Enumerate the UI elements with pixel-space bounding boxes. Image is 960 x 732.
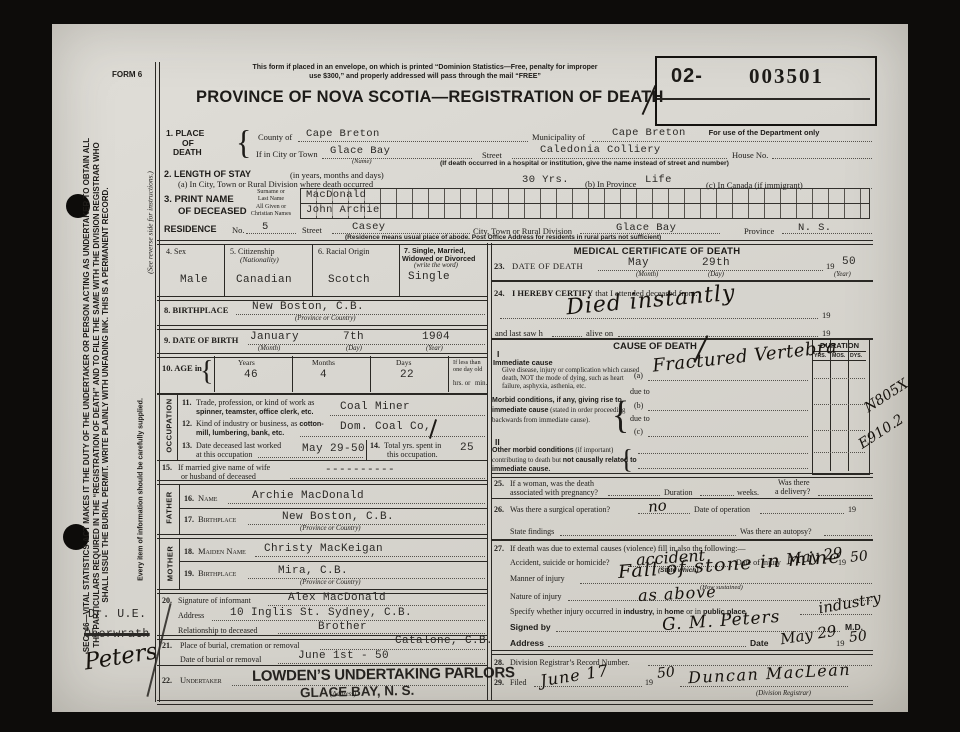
pregnancy-duration-label: Duration [664, 488, 692, 497]
place-label-2: OF [182, 138, 194, 148]
residence-street-value: Casey [352, 221, 386, 233]
external-intro: If death was due to external causes (vio… [510, 544, 745, 553]
item-22-num: 22. [162, 676, 172, 685]
surname-grid [300, 188, 870, 204]
dod-month-value: May [628, 257, 649, 269]
birthplace-label: 8. BIRTHPLACE [164, 305, 228, 315]
item-12-label-b: cotton- [299, 419, 323, 428]
duration-dys-label: DYS. [850, 353, 862, 359]
pregnancy-q2: associated with pregnancy? [510, 488, 598, 497]
trade-value: Coal Miner [340, 401, 410, 413]
age-less-label: If less than one day old [453, 359, 487, 373]
dod-19: 19 [826, 261, 835, 271]
surname-value: MacDonald [306, 189, 366, 201]
filed-label: Filed [510, 678, 526, 687]
section-rule [492, 650, 873, 655]
given-label: All Given or Christian Names [242, 204, 300, 217]
father-name-value: Archie MacDonald [252, 490, 364, 502]
racial-origin-value: Scotch [328, 274, 370, 286]
cause-due1-label: due to [630, 387, 650, 396]
leader [322, 157, 472, 159]
leader [648, 409, 808, 411]
undertaker-stamp-line2: GLACE BAY, N. S. [300, 683, 415, 700]
leader [648, 435, 808, 437]
serial-prefix: 02- [671, 65, 703, 88]
medical-header: MEDICAL CERTIFICATE OF DEATH [507, 246, 807, 257]
last-worked-value: May 29-50 [302, 443, 365, 455]
filed-year-handwriting: 50 [656, 664, 675, 682]
leader [638, 467, 808, 469]
serial-number: 003501 [749, 64, 824, 89]
leader [228, 502, 485, 504]
brace: { [612, 392, 629, 438]
pregnancy-delivery1: Was there [778, 478, 810, 487]
undertaker-label: Undertaker [180, 675, 222, 685]
leader [814, 403, 865, 405]
leader [236, 313, 485, 315]
mother-birthplace-sub: (Province or Country) [300, 579, 361, 586]
item-13-label2: at this occupation [196, 450, 252, 459]
leader [814, 377, 865, 379]
section-rule [492, 280, 873, 282]
father-name-label: Name [198, 493, 217, 503]
dob-day-value: 7th [343, 331, 364, 343]
section-rule [157, 534, 487, 539]
leader [560, 534, 736, 536]
leader [278, 662, 485, 664]
cell-rule [179, 484, 180, 534]
division-registrar-sub: (Division Registrar) [756, 690, 811, 697]
surname-label-2: Last Name [258, 196, 284, 202]
doctor-struck-name: Oberwrath [84, 628, 150, 641]
leader [618, 335, 818, 337]
leader [818, 494, 872, 496]
serial-box: 02- 003501 [655, 56, 877, 126]
occupation-side-label: OCCUPATION [165, 386, 174, 466]
birthplace-value: New Boston, C.B. [252, 301, 364, 313]
margin-reverse-note: (See reverse side for instructions.) [146, 108, 155, 338]
city-town-value: Glace Bay [616, 222, 676, 234]
town-sub-label: (Name) [352, 158, 372, 165]
print-name-title2: OF DECEASED [178, 206, 247, 217]
item-13-label: Date deceased last worked [196, 441, 281, 450]
leader [824, 534, 872, 536]
leader [548, 645, 746, 647]
operation-date-label: Date of operation [694, 505, 750, 514]
burial-date-value: June 1st - 50 [298, 650, 389, 662]
leader [772, 157, 872, 159]
doctor-typed-name: Dr. U.E. [88, 608, 146, 621]
municipality-value: Cape Breton [612, 127, 686, 139]
leader [248, 523, 485, 525]
leader [814, 429, 865, 431]
nature-label: Nature of injury [510, 592, 562, 601]
operation-answer-handwriting: no [647, 496, 667, 516]
citizenship-sub-label: (Nationality) [240, 255, 279, 264]
place-of-death-label: 1. PLACE OF DEATH [166, 129, 204, 158]
cell-rule [312, 245, 313, 296]
residence-street-label: Street [302, 225, 322, 235]
residence-no-value: 5 [262, 221, 269, 233]
father-side-label: FATHER [165, 481, 174, 535]
town-label: If in City or Town [256, 149, 318, 159]
leader [300, 435, 485, 437]
stay-b-value: Life [645, 174, 672, 186]
burial-place-label: Place of burial, cremation or removal [180, 641, 300, 650]
informant-addr-value: 10 Inglis St. Sydney, C.B. [230, 607, 412, 619]
racial-origin-label: 6. Racial Origin [318, 247, 369, 256]
dob-month-value: January [250, 331, 299, 343]
leader [700, 494, 734, 496]
dob-label: 9. DATE OF BIRTH [164, 335, 238, 345]
total-years-value: 25 [460, 442, 474, 454]
item-12-num: 12. [182, 419, 192, 428]
item-28-num: 28. [494, 658, 504, 667]
item-21-num: 21. [162, 641, 172, 650]
immediate-cause-label: Immediate cause [493, 358, 553, 367]
item-16-num: 16. [184, 494, 194, 503]
lastsaw-aliveon: alive on [586, 328, 613, 338]
leader [500, 317, 818, 319]
section-rule [492, 473, 873, 478]
pregnancy-q1: If a woman, was the death [510, 479, 594, 488]
signed-by-label: Signed by [510, 622, 551, 632]
age-months-value: 4 [320, 369, 327, 381]
leader [298, 140, 528, 142]
street-label: Street [482, 150, 502, 160]
stay-title: 2. LENGTH OF STAY [164, 169, 251, 179]
autopsy-label: Was there an autopsy? [740, 527, 812, 536]
findings-label: State findings [510, 527, 554, 536]
item-15-label: If married give name of wife [178, 463, 270, 472]
sex-label: 4. Sex [166, 247, 186, 256]
town-value: Glace Bay [330, 145, 390, 157]
residence-label: RESIDENCE [164, 224, 217, 234]
dod-year-value: 50 [842, 256, 856, 268]
item-14-num: 14. [370, 441, 380, 450]
immediate-cause-note: Give disease, injury or complication whi… [502, 367, 644, 390]
father-birthplace-label: Birthplace [198, 514, 236, 524]
surname-label-1: Surname or [257, 189, 285, 195]
father-birthplace-sub: (Province or Country) [300, 525, 361, 532]
item-17-num: 17. [184, 515, 194, 524]
county-value: Cape Breton [306, 128, 380, 140]
dod-day-value: 29th [702, 257, 730, 269]
envelope-note: This form if placed in an envelope, on w… [190, 64, 660, 81]
operation-q-label: Was there a surgical operation? [510, 505, 610, 514]
given-label-1: All Given or [256, 204, 286, 210]
section-rule [179, 508, 487, 509]
dod-label: DATE OF DEATH [512, 261, 583, 271]
leader [255, 555, 485, 557]
hospital-note: (If death occurred in a hospital or inst… [440, 160, 729, 167]
municipality-label: Municipality of [532, 132, 585, 142]
item-18-num: 18. [184, 547, 194, 556]
leader [290, 477, 485, 479]
marital-sub-label: (write the word) [414, 262, 458, 269]
place-label-3: DEATH [173, 147, 202, 157]
cell-rule [179, 538, 180, 590]
cell-rule [214, 356, 215, 392]
house-no-label: House No. [732, 150, 768, 160]
dept-only-note: For use of the Department only [655, 128, 873, 137]
sign-19: 19 [836, 638, 845, 648]
given-label-2: Christian Names [251, 211, 291, 217]
burial-date-label: Date of burial or removal [180, 655, 261, 664]
pregnancy-weeks-label: weeks. [737, 488, 759, 497]
section-rule [179, 561, 487, 562]
leader [638, 452, 808, 454]
item-26-num: 26. [494, 505, 504, 514]
informant-addr-label: Address [178, 611, 204, 620]
dod-day-sub: (Day) [708, 271, 724, 278]
duration-rule [813, 360, 866, 361]
section-rule [157, 325, 487, 330]
column-divider [487, 243, 488, 701]
item-19-num: 19. [184, 569, 194, 578]
cause-a-label: (a) [634, 371, 643, 380]
cause-b-label: (b) [634, 401, 643, 410]
form-rule [159, 62, 160, 702]
leader [760, 512, 844, 514]
leader [592, 140, 872, 142]
pregnancy-delivery2: a delivery? [775, 487, 810, 496]
mother-maiden-label: Maiden Name [198, 546, 246, 556]
form-rule [155, 62, 156, 702]
burial-place-value: Catalone, C.B. [395, 635, 493, 647]
leader [278, 632, 485, 634]
stay-a-value: 30 Yrs. [522, 174, 569, 186]
where-b1: industry, [624, 607, 655, 616]
age-min-label: min. [475, 380, 487, 387]
serial-box-rule [657, 98, 870, 100]
city-town-label: City, Town or Rural Division [473, 226, 572, 236]
given-name-value: John Archie [306, 204, 380, 216]
filed-19: 19 [645, 678, 653, 687]
industry-value: Dom. Coal Co, [340, 421, 431, 433]
age-label: 10. AGE in [162, 363, 202, 373]
mother-birthplace-value: Mira, C.B. [278, 565, 348, 577]
place-label-1: 1. PLACE [166, 128, 204, 138]
leader [258, 456, 363, 458]
form-bottom-rule [157, 700, 873, 705]
item-15-num: 15. [162, 463, 172, 472]
where-pre: Specify whether injury occurred in [510, 607, 622, 616]
dob-year-sub: (Year) [426, 345, 443, 352]
section-rule [492, 539, 873, 541]
province-label: Province [744, 226, 774, 236]
leader [330, 414, 485, 416]
item-12-label2: mill, lumbering, bank, etc. [196, 428, 284, 437]
dod-month-sub: (Month) [636, 271, 658, 278]
brace: { [620, 444, 633, 475]
dod-year-sub: (Year) [834, 271, 851, 278]
cell-rule [177, 394, 178, 460]
leader [814, 451, 865, 453]
cause-c-label: (c) [634, 427, 643, 436]
sex-value: Male [180, 274, 208, 286]
leader [608, 494, 660, 496]
cell-rule [292, 356, 293, 392]
leader [648, 379, 808, 381]
envelope-note-line2: use $300,” and properly addressed will p… [309, 73, 541, 80]
item-11-label: Trade, profession, or kind of work as [196, 398, 314, 407]
physician-addr-label: Address [510, 638, 544, 648]
county-label: County of [258, 132, 292, 142]
item-12-label: Kind of industry or business, as cotton- [196, 419, 324, 428]
item-29-num: 29. [494, 678, 504, 687]
section-rule [157, 393, 487, 395]
father-birthplace-value: New Boston, C.B. [282, 511, 394, 523]
item-13-num: 13. [182, 441, 192, 450]
birthplace-sub-label: (Province or Country) [295, 315, 356, 322]
item-25-num: 25. [494, 479, 504, 488]
residence-no-label: No. [232, 225, 245, 235]
section-rule [157, 240, 873, 245]
age-days-value: 22 [400, 369, 414, 381]
cell-rule [370, 356, 371, 392]
street-value: Caledonia Colliery [540, 144, 661, 156]
mother-birthplace-label: Birthplace [198, 568, 236, 578]
item-20-num: 20. [162, 596, 172, 605]
leader [248, 577, 485, 579]
mother-side-label: MOTHER [166, 535, 175, 593]
sign-year-handwriting: 50 [848, 628, 867, 646]
informant-rel-value: Brother [318, 621, 367, 633]
other-b1: Other morbid conditions [492, 447, 574, 454]
citizenship-value: Canadian [236, 274, 292, 286]
item-24-num: 24. [494, 288, 505, 298]
section-rule [157, 460, 487, 461]
external-kind-label: Accident, suicide or homicide? [510, 558, 610, 567]
informant-rel-label: Relationship to deceased [178, 626, 258, 635]
item-11-num: 11. [182, 398, 192, 407]
dob-day-sub: (Day) [346, 345, 362, 352]
leader [268, 604, 485, 606]
sign-date-label: Date [750, 638, 768, 648]
form-number: FORM 6 [112, 70, 142, 79]
brace: { [236, 123, 251, 162]
brace: { [200, 356, 213, 388]
surname-label: Surname or Last Name [246, 189, 296, 202]
cell-rule [399, 245, 400, 296]
mother-maiden-value: Christy MacKeigan [264, 543, 383, 555]
informant-sig-label: Signature of informant [178, 596, 251, 605]
operation-19: 19 [848, 505, 856, 514]
leader [552, 335, 582, 337]
leader [246, 232, 296, 234]
envelope-note-line1: This form if placed in an envelope, on w… [253, 64, 598, 71]
item-11-label2: spinner, teamster, office clerk, etc. [196, 407, 313, 416]
dob-month-sub: (Month) [258, 345, 280, 352]
age-hrs-label: hrs. or [453, 380, 470, 387]
item-23-num: 23. [494, 261, 505, 271]
section-rule [492, 498, 873, 499]
item-14-label: Total yrs. spent in [384, 441, 441, 450]
age-years-label: Years [238, 358, 255, 367]
cell-rule [224, 245, 225, 296]
certify-19: 19 [822, 310, 831, 320]
cause-due2-label: due to [630, 414, 650, 423]
cell-rule [448, 356, 449, 392]
age-years-value: 46 [244, 369, 258, 381]
morbid-note: Morbid conditions, if any, giving rise t… [492, 396, 628, 424]
form-title: PROVINCE OF NOVA SCOTIA—REGISTRATION OF … [196, 88, 651, 107]
province-value: N. S. [798, 222, 832, 234]
given-name-grid [300, 203, 870, 219]
dob-year-value: 1904 [422, 331, 450, 343]
lastsaw-label: and last saw h [495, 328, 543, 338]
spouse-value: ---------- [325, 464, 395, 476]
item-12-label-r: Kind of industry or business, as [196, 419, 299, 428]
informant-sig-value: Alex MacDonald [288, 592, 386, 604]
leader [512, 157, 727, 159]
item-27-num: 27. [494, 544, 504, 553]
age-days-label: Days [396, 358, 411, 367]
cell-rule [366, 440, 367, 460]
item-14-label2: this occupation. [387, 450, 438, 459]
margin-supplied-note: Every item of information should be care… [138, 335, 145, 645]
leader [248, 343, 485, 345]
print-name-title: 3. PRINT NAME [164, 194, 234, 205]
section-rule [157, 480, 487, 485]
injury-year-handwriting: 50 [849, 548, 868, 566]
age-months-label: Months [312, 358, 335, 367]
manner-label: Manner of injury [510, 574, 565, 583]
marital-value: Single [408, 271, 450, 283]
